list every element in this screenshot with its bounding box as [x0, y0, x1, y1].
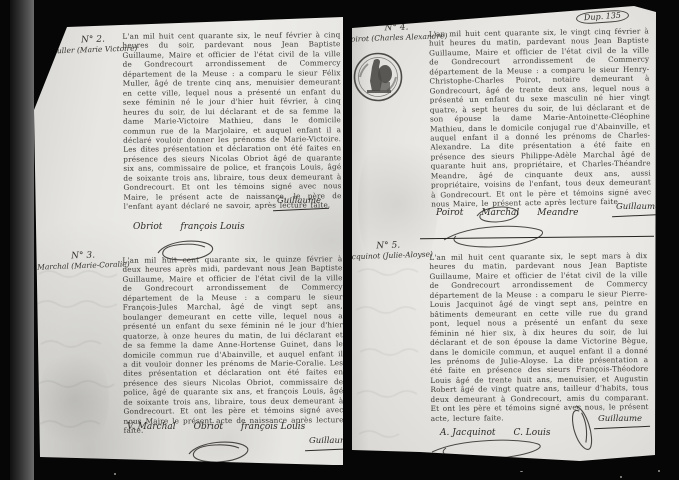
dust-speck: [658, 470, 660, 472]
scan-edge-strip: [10, 0, 34, 480]
mayor-signature: Guillaume: [309, 436, 353, 450]
signature-paraph: [428, 436, 548, 462]
father-signature: V. Marchal: [127, 422, 176, 432]
mayor-signature: Guillaume: [616, 202, 660, 216]
act-text-record-2: L'an mil huit cent quarante six, le neuf…: [122, 30, 341, 211]
witness-signature: Obriot: [194, 422, 223, 432]
paper-smudge: [39, 344, 109, 454]
father-signature: Poirot: [436, 208, 463, 218]
register-page-right: Dup. 135 N° 4. Poirot (Charles Alexandre…: [344, 4, 657, 463]
microfilm-scan: { "scan": { "annotation_top_right": "Dup…: [0, 0, 679, 480]
witness-signature: françois Louis: [241, 422, 305, 432]
dust-speck: [620, 476, 622, 478]
signature-paraph: [185, 438, 255, 464]
signature-paraph: [440, 222, 550, 250]
signature-paraph: [474, 204, 522, 224]
dust-speck: [520, 471, 523, 472]
act-text-record-3: L'an mil huit cent quarante six, le quin…: [122, 254, 343, 435]
witness-signatures-record-2: Obriot françois Louis: [133, 222, 245, 232]
mayor-signature: Guillaume: [277, 196, 321, 210]
witness-signature: Obriot: [133, 222, 162, 232]
witness-signatures-record-3: V. Marchal Obriot françois Louis: [127, 422, 305, 432]
ink-bleedthrough: [354, 264, 434, 464]
dust-speck: [114, 473, 116, 475]
mayor-signature: Guillaume: [598, 414, 642, 428]
witness-signature: françois Louis: [180, 222, 244, 232]
margin-note-record-3: N° 3. Marchal (Marie-Coralie): [37, 250, 130, 271]
register-page-left: N° 2. Muller (Marie Victoire) L'an mil h…: [33, 14, 344, 467]
archive-annotation: Dup. 135: [576, 9, 630, 25]
act-text-record-5: L'an mil huit cent quarante six, le sept…: [429, 251, 648, 423]
timbre-royal-stamp-icon: [352, 50, 404, 104]
witness-signature: Meandre: [537, 208, 578, 218]
margin-note-record-5: N° 5. Jacquinot (Julie-Aloyse): [344, 240, 433, 261]
act-text-record-4: L'an mil huit cent quarante six, le ving…: [429, 26, 651, 209]
